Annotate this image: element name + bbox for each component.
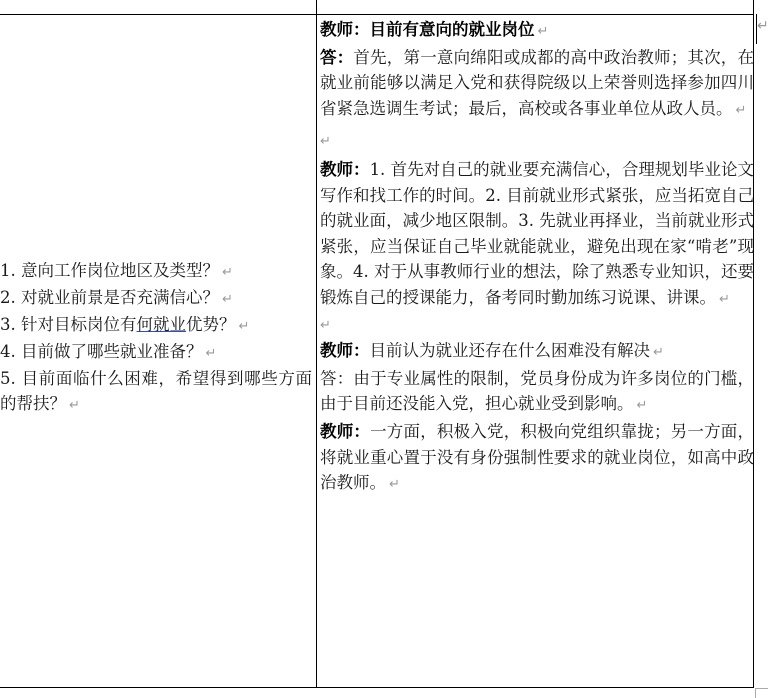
page-corner-mark bbox=[755, 688, 768, 698]
paragraph-mark-icon: ↵ bbox=[222, 292, 233, 307]
paragraph-mark-icon: ↵ bbox=[239, 319, 250, 334]
paragraph-mark-icon: ↵ bbox=[206, 346, 217, 361]
paragraph-mark-icon: ↵ bbox=[653, 345, 664, 360]
teacher-question: 教师：目前有意向的就业岗位↵ bbox=[320, 17, 754, 45]
table-row-top-border bbox=[0, 14, 754, 15]
question-item: 2. 对就业前景是否充满信心？↵ bbox=[0, 285, 312, 312]
question-item: 4. 目前做了哪些就业准备？↵ bbox=[0, 339, 312, 366]
table-bottom-border bbox=[0, 687, 754, 688]
question-item: 1. 意向工作岗位地区及类型？↵ bbox=[0, 258, 312, 285]
empty-paragraph-mark-icon: ↵ bbox=[320, 129, 754, 155]
paragraph-mark-icon: ↵ bbox=[222, 265, 233, 280]
paragraph-mark-icon: ↵ bbox=[538, 24, 549, 39]
paragraph-mark-icon: ↵ bbox=[719, 292, 730, 307]
table-cell-questions[interactable]: 1. 意向工作岗位地区及类型？↵ 2. 对就业前景是否充满信心？↵ 3. 针对目… bbox=[0, 258, 312, 418]
paragraph-mark-icon: ↵ bbox=[389, 477, 400, 492]
student-answer: 答：首先，第一意向绵阳或成都的高中政治教师；其次，在就业前能够以满足入党和获得院… bbox=[320, 45, 754, 124]
end-of-row-mark-icon: ↵ bbox=[757, 18, 768, 34]
question-item: 3. 针对目标岗位有何就业优势？↵ bbox=[0, 312, 312, 339]
grammar-check-underline[interactable]: 何就业 bbox=[137, 315, 187, 334]
teacher-advice: 教师：1. 首先对自己的就业要充满信心，合理规划毕业论文写作和找工作的时间。2.… bbox=[320, 157, 754, 313]
question-item: 5. 目前面临什么困难，希望得到哪些方面的帮扶？↵ bbox=[0, 366, 312, 418]
paragraph-mark-icon: ↵ bbox=[69, 398, 80, 413]
teacher-question: 教师：目前认为就业还存在什么困难没有解决↵ bbox=[320, 338, 754, 366]
student-answer: 答：由于专业属性的限制，党员身份成为许多岗位的门槛，由于目前还没能入党，担心就业… bbox=[320, 366, 754, 419]
paragraph-mark-icon: ↵ bbox=[637, 398, 648, 413]
empty-paragraph-mark-icon: ↵ bbox=[320, 313, 754, 339]
table-cell-answers[interactable]: 教师：目前有意向的就业岗位↵ 答：首先，第一意向绵阳或成都的高中政治教师；其次，… bbox=[320, 17, 754, 498]
paragraph-mark-icon: ↵ bbox=[736, 103, 747, 118]
teacher-advice: 教师：一方面，积极入党，积极向党组织靠拢；另一方面，将就业重心置于没有身份强制性… bbox=[320, 419, 754, 498]
table-column-divider bbox=[316, 0, 317, 688]
